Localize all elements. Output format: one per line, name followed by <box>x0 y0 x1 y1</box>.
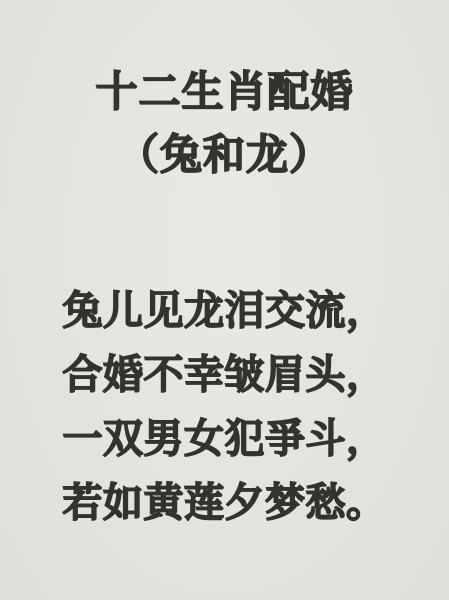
poster-subtitle-pairing: （兔和龙） <box>95 123 353 186</box>
zodiac-marriage-poster: 十二生肖配婚 （兔和龙） 兔儿见龙泪交流， 合婚不幸皱眉头， 一双男女犯爭斗， … <box>0 0 449 600</box>
poem-line-3: 一双男女犯爭斗， <box>63 407 387 471</box>
poem-line-4: 若如黄莲夕梦愁。 <box>63 471 387 535</box>
title-block: 十二生肖配婚 （兔和龙） <box>95 60 353 186</box>
poem-block: 兔儿见龙泪交流， 合婚不幸皱眉头， 一双男女犯爭斗， 若如黄莲夕梦愁。 <box>63 279 387 535</box>
poem-line-2: 合婚不幸皱眉头， <box>63 343 387 407</box>
poster-title: 十二生肖配婚 <box>95 60 353 123</box>
poem-line-1: 兔儿见龙泪交流， <box>63 279 387 343</box>
